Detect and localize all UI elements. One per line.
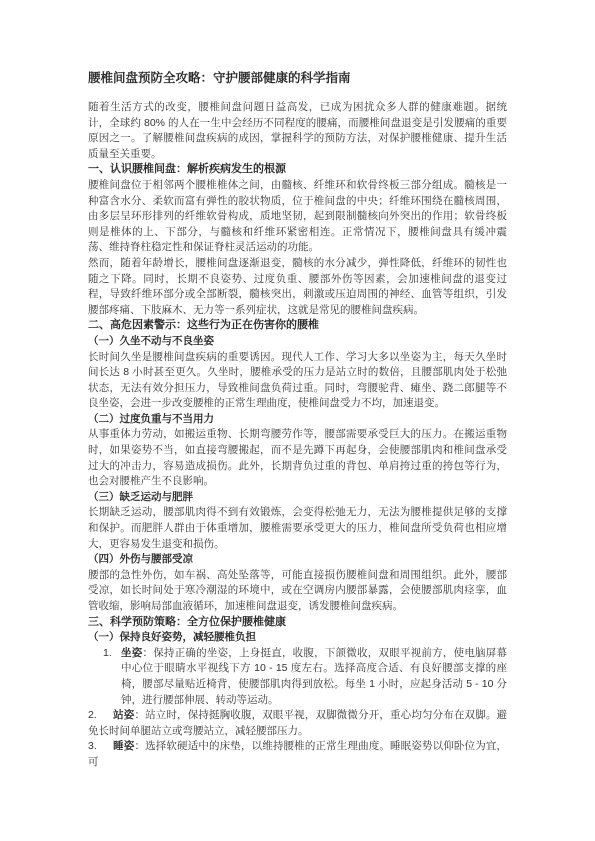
intro-paragraph: 随着生活方式的改变，腰椎间盘问题日益高发，已成为困扰众多人群的健康难题。据统计，… — [88, 100, 507, 162]
section2-sub2-heading: （二）过度负重与不当用力 — [88, 412, 507, 428]
section2-sub4-heading: （四）外伤与腰部受凉 — [88, 552, 507, 568]
list-label: 睡姿 — [113, 740, 134, 752]
list-text: ：站立时，保持挺胸收腹，双眼平视，双脚微微分开，重心均匀分布在双脚。避免长时间单… — [88, 709, 507, 737]
list-text: ：保持正确的坐姿，上身挺直，收腹，下颌微收，双眼平视前方，使电脑屏幕中心位于眼睛… — [121, 647, 507, 706]
list-label: 坐姿 — [121, 647, 142, 659]
section2-sub1-paragraph: 长时间久坐是腰椎间盘疾病的重要诱因。现代人工作、学习大多以坐姿为主，每天久坐时间… — [88, 350, 507, 412]
section2-sub1-heading: （一）久坐不动与不良坐姿 — [88, 334, 507, 350]
section2-sub3-heading: （三）缺乏运动与肥胖 — [88, 490, 507, 506]
list-text: ：选择软硬适中的床垫，以维持腰椎的正常生理曲度。睡眠姿势以仰卧位为宜，可 — [88, 740, 507, 768]
section2-heading: 二、高危因素警示：这些行为正在伤害你的腰椎 — [88, 318, 507, 334]
section1-paragraph-2: 然而，随着年龄增长，腰椎间盘逐渐退变，髓核的水分减少，弹性降低，纤维环的韧性也随… — [88, 256, 507, 318]
list-item-standing-posture: 2.站姿：站立时，保持挺胸收腹，双眼平视，双脚微微分开，重心均匀分布在双脚。避免… — [88, 708, 507, 739]
section2-sub3-paragraph: 长期缺乏运动，腰部肌肉得不到有效锻炼，会变得松弛无力，无法为腰椎提供足够的支撑和… — [88, 505, 507, 552]
list-number: 2. — [88, 708, 113, 724]
section3-sub1-heading: （一）保持良好姿势，减轻腰椎负担 — [88, 630, 507, 646]
section2-sub2-paragraph: 从事重体力劳动，如搬运重物、长期弯腰劳作等，腰部需要承受巨大的压力。在搬运重物时… — [88, 427, 507, 489]
section1-paragraph-1: 腰椎间盘位于相邻两个腰椎椎体之间，由髓核、纤维环和软骨终板三部分组成。髓核是一种… — [88, 178, 507, 256]
section1-heading: 一、认识腰椎间盘：解析疾病发生的根源 — [88, 162, 507, 178]
document-page: 腰椎间盘预防全攻略：守护腰部健康的科学指南 随着生活方式的改变，腰椎间盘问题日益… — [0, 0, 595, 841]
list-label: 站姿 — [113, 709, 134, 721]
section3-heading: 三、科学预防策略：全方位保护腰椎健康 — [88, 615, 507, 631]
list-number: 1. — [103, 646, 112, 662]
section2-sub4-paragraph: 腰部的急性外伤，如车祸、高处坠落等，可能直接损伤腰椎间盘和周围组织。此外，腰部受… — [88, 568, 507, 615]
list-item-sitting-posture: 1.坐姿：保持正确的坐姿，上身挺直，收腹，下颌微收，双眼平视前方，使电脑屏幕中心… — [88, 646, 507, 708]
list-item-sleeping-posture: 3.睡姿：选择软硬适中的床垫，以维持腰椎的正常生理曲度。睡眠姿势以仰卧位为宜，可 — [88, 739, 507, 770]
document-title: 腰椎间盘预防全攻略：守护腰部健康的科学指南 — [88, 70, 507, 86]
list-number: 3. — [88, 739, 113, 755]
